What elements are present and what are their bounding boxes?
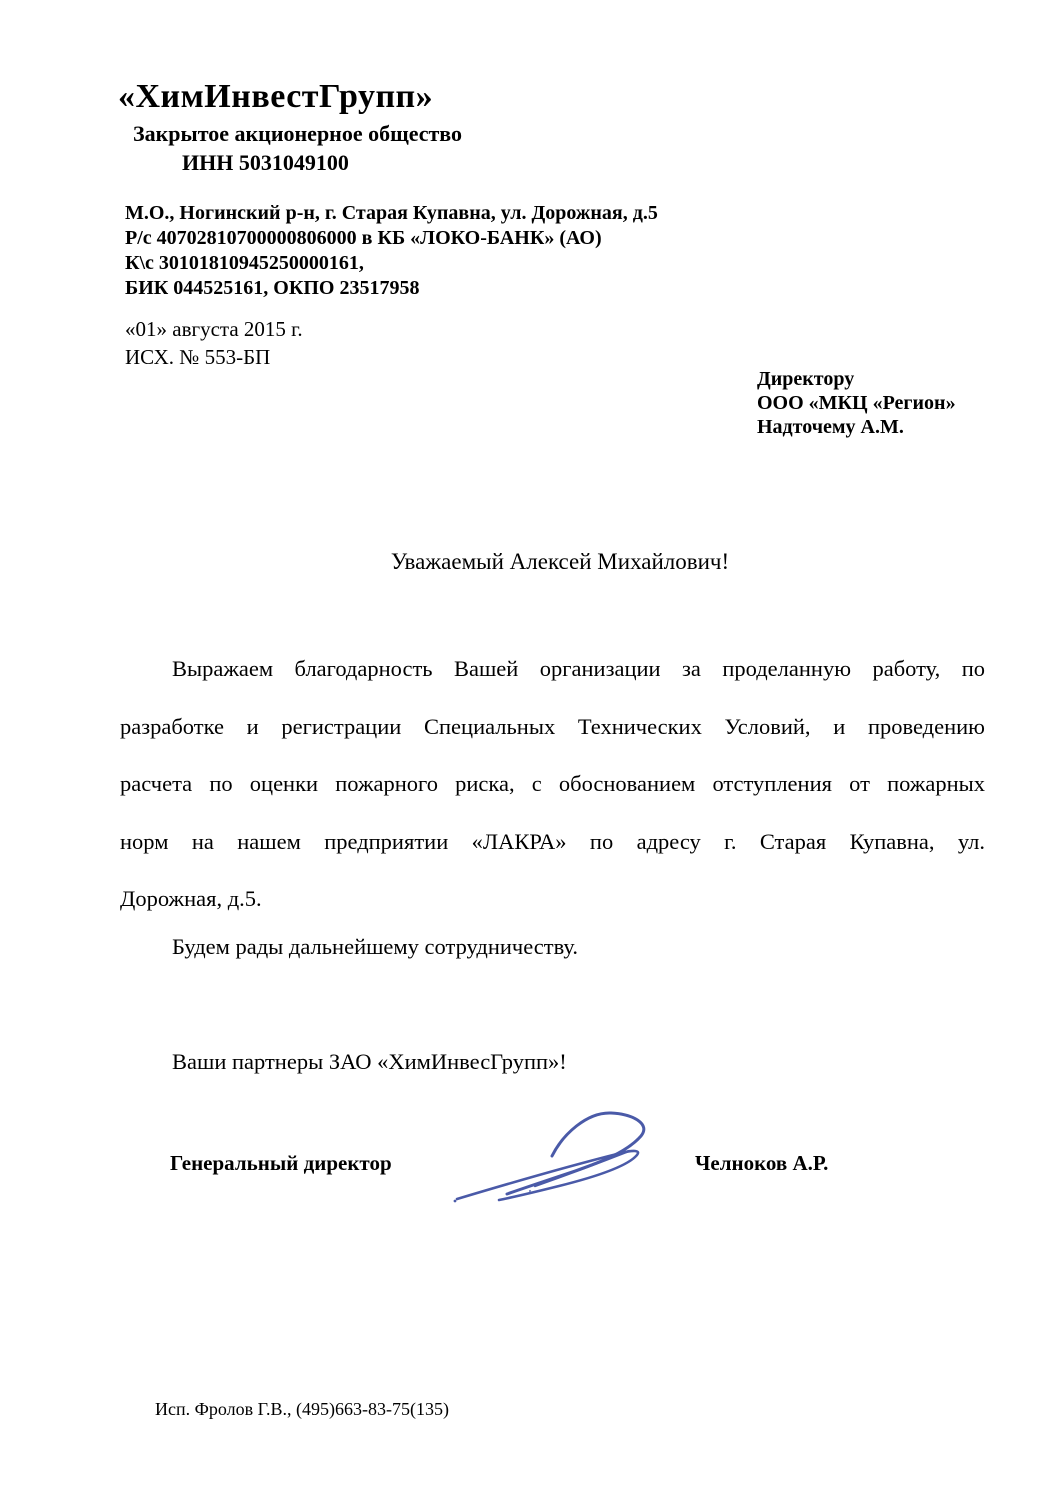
addressee-person: Надточему А.М. <box>757 415 956 439</box>
signer-position-title: Генеральный директор <box>170 1151 392 1176</box>
company-inn: ИНН 5031049100 <box>182 150 349 176</box>
company-requisites: М.О., Ногинский р-н, г. Старая Купавна, … <box>125 201 658 301</box>
partners-line: Ваши партнеры ЗАО «ХимИнвесГрупп»! <box>172 1049 567 1075</box>
body-line: расчета по оценки пожарного риска, с обо… <box>120 755 985 813</box>
letter-date: «01» августа 2015 г. <box>125 315 303 343</box>
addressee-block: Директору ООО «МКЦ «Регион» Надточему А.… <box>757 367 956 439</box>
reference-block: «01» августа 2015 г. ИСХ. № 553-БП <box>125 315 303 371</box>
company-legal-form: Закрытое акционерное общество <box>133 121 462 147</box>
addressee-company: ООО «МКЦ «Регион» <box>757 391 956 415</box>
body-line: Дорожная, д.5. <box>120 870 985 928</box>
letter-page: «ХимИнвестГрупп» Закрытое акционерное об… <box>0 0 1061 1500</box>
requisites-settlement-account-line: Р/с 40702810700000806000 в КБ «ЛОКО-БАНК… <box>125 226 658 251</box>
handwritten-signature-icon <box>435 1098 685 1218</box>
requisites-address-line: М.О., Ногинский р-н, г. Старая Купавна, … <box>125 201 658 226</box>
salutation: Уважаемый Алексей Михайлович! <box>130 549 990 575</box>
body-paragraph-1: Выражаем благодарность Вашей организации… <box>120 640 985 928</box>
company-name: «ХимИнвестГрупп» <box>118 78 433 116</box>
body-line: Выражаем благодарность Вашей организации… <box>120 640 985 698</box>
executor-line: Исп. Фролов Г.В., (495)663-83-75(135) <box>155 1399 449 1420</box>
body-paragraph-2: Будем рады дальнейшему сотрудничеству. <box>172 934 578 960</box>
body-line: норм на нашем предприятии «ЛАКРА» по адр… <box>120 813 985 871</box>
body-line: разработке и регистрации Специальных Тех… <box>120 698 985 756</box>
signer-name: Челноков А.Р. <box>695 1151 828 1176</box>
addressee-title: Директору <box>757 367 956 391</box>
requisites-bik-okpo-line: БИК 044525161, ОКПО 23517958 <box>125 276 658 301</box>
outgoing-number: ИСХ. № 553-БП <box>125 343 303 371</box>
requisites-correspondent-account-line: К\с 30101810945250000161, <box>125 251 658 276</box>
